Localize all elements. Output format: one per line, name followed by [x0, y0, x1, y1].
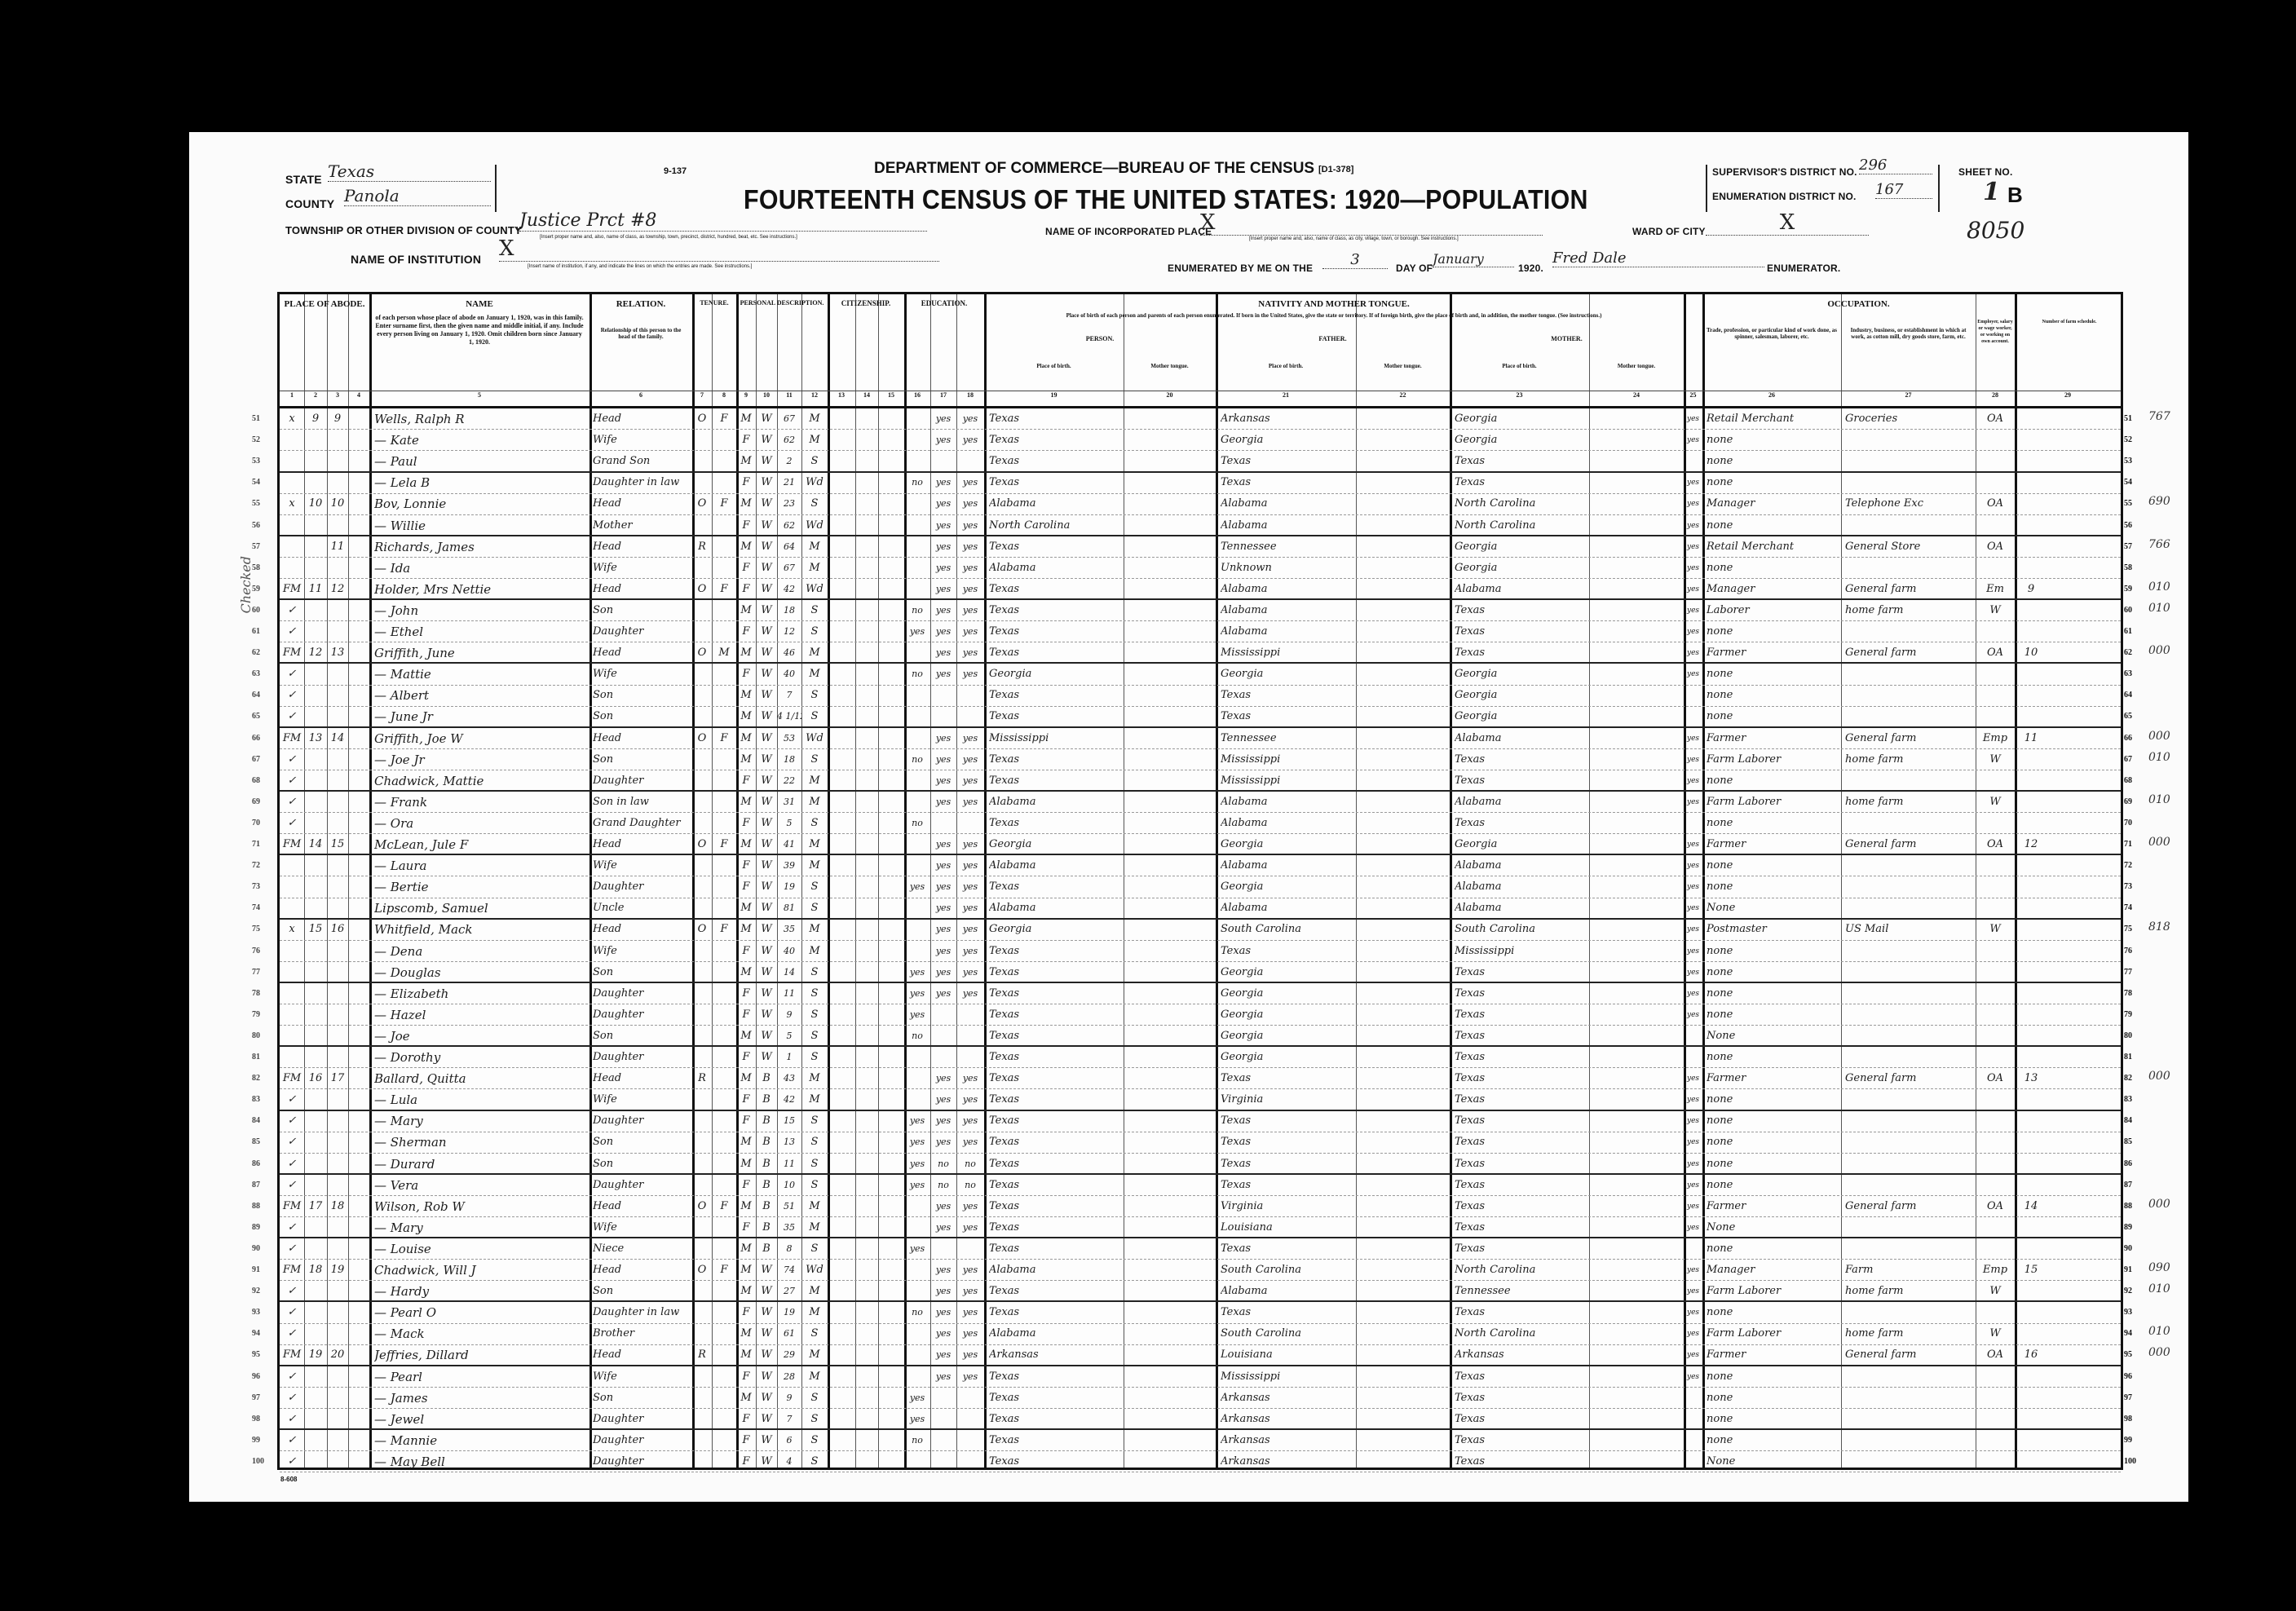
family-cell: [348, 1070, 369, 1088]
read-cell: yes: [930, 857, 956, 875]
dwelling-cell: 11: [327, 538, 348, 556]
col-num: 8: [712, 391, 736, 407]
industry-cell: [1845, 1048, 1974, 1066]
trade-cell: Manager: [1707, 495, 1839, 513]
class-cell: W: [1976, 751, 2015, 769]
col-num: 12: [801, 391, 828, 407]
age-cell: 8: [777, 1240, 801, 1258]
sex-cell: F: [736, 1112, 756, 1130]
read-cell: yes: [930, 431, 956, 449]
free-cell: [712, 1133, 736, 1151]
free-cell: [712, 751, 736, 769]
relation-cell: Head: [593, 495, 691, 513]
class-cell: W: [1976, 602, 2015, 620]
english-cell: yes: [1684, 559, 1702, 577]
name-cell: — Sherman: [374, 1133, 588, 1151]
age-cell: 35: [777, 1219, 801, 1237]
race-cell: W: [756, 878, 777, 896]
family-cell: [348, 899, 369, 917]
free-cell: [712, 814, 736, 832]
sex-cell: F: [736, 623, 756, 641]
class-cell: [1976, 878, 2015, 896]
family-cell: [348, 1410, 369, 1428]
trade-cell: None: [1707, 1027, 1839, 1045]
birthplace-cell: Georgia: [989, 665, 1122, 683]
race-cell: W: [756, 665, 777, 683]
marital-cell: M: [801, 538, 828, 556]
margin-code: 010: [2148, 793, 2170, 806]
owned-cell: [692, 686, 712, 704]
col-num: 27: [1841, 391, 1976, 407]
race-cell: W: [756, 1368, 777, 1386]
read-cell: yes: [930, 985, 956, 1003]
sex-cell: M: [736, 1282, 756, 1300]
col-num: 1: [280, 391, 304, 407]
owned-cell: [692, 1368, 712, 1386]
english-cell: yes: [1684, 920, 1702, 938]
free-cell: [712, 1325, 736, 1343]
age-cell: 39: [777, 857, 801, 875]
write-cell: yes: [956, 1070, 984, 1088]
street-cell: ✓: [280, 751, 304, 769]
relation-cell: Wife: [593, 1219, 691, 1237]
enumerated-label: ENUMERATED BY ME ON THE: [1168, 263, 1313, 274]
col-num: 21: [1216, 391, 1356, 407]
name-cell: — Douglas: [374, 964, 588, 982]
dwelling-cell: [327, 1368, 348, 1386]
race-cell: W: [756, 559, 777, 577]
line-number: 65: [2124, 712, 2132, 721]
mother-birthplace-cell: Texas: [1455, 1389, 1587, 1407]
line-number: 62: [2124, 648, 2132, 657]
dwelling-cell: 15: [327, 836, 348, 854]
dwelling-cell: [327, 452, 348, 470]
free-cell: [712, 623, 736, 641]
marital-cell: S: [801, 623, 828, 641]
english-cell: [1684, 1410, 1702, 1428]
free-cell: [712, 517, 736, 535]
read-cell: [930, 814, 956, 832]
age-cell: 11: [777, 1155, 801, 1173]
father-birthplace-cell: Louisiana: [1221, 1346, 1354, 1364]
line-number: 64: [2124, 691, 2132, 700]
write-cell: yes: [956, 1304, 984, 1322]
farm-cell: [2015, 474, 2047, 492]
birthplace-cell: Texas: [989, 686, 1122, 704]
institution-label: NAME OF INSTITUTION: [351, 253, 481, 266]
age-cell: 6: [777, 1432, 801, 1450]
family-cell: [348, 942, 369, 960]
relation-cell: Niece: [593, 1240, 691, 1258]
read-cell: yes: [930, 1133, 956, 1151]
mother-birthplace-cell: Mississippi: [1455, 942, 1587, 960]
sex-cell: M: [736, 1133, 756, 1151]
free-cell: [712, 602, 736, 620]
english-cell: yes: [1684, 431, 1702, 449]
school-cell: [904, 452, 930, 470]
mother-birthplace-cell: Texas: [1455, 1219, 1587, 1237]
father-birthplace-cell: Texas: [1221, 1240, 1354, 1258]
marital-cell: S: [801, 602, 828, 620]
house-cell: 16: [304, 1070, 327, 1088]
free-cell: [712, 559, 736, 577]
incorporated-hint: [Insert proper name and, also, name of c…: [1249, 236, 1459, 241]
name-cell: — Dena: [374, 942, 588, 960]
free-cell: [712, 431, 736, 449]
line-number-left: 96: [252, 1372, 260, 1381]
owned-cell: R: [692, 538, 712, 556]
class-cell: [1976, 899, 2015, 917]
farm-cell: [2015, 1219, 2047, 1237]
farm-cell: [2015, 431, 2047, 449]
street-cell: [280, 452, 304, 470]
line-number-left: 93: [252, 1308, 260, 1317]
house-cell: 18: [304, 1261, 327, 1279]
english-cell: [1684, 814, 1702, 832]
mother-birthplace-cell: Texas: [1455, 474, 1587, 492]
sex-cell: M: [736, 1070, 756, 1088]
race-cell: B: [756, 1133, 777, 1151]
line-number-left: 67: [252, 755, 260, 764]
owned-cell: O: [692, 730, 712, 748]
age-cell: 40: [777, 665, 801, 683]
dwelling-cell: [327, 1389, 348, 1407]
family-cell: [348, 559, 369, 577]
family-cell: [348, 452, 369, 470]
line-number: 89: [2124, 1223, 2132, 1232]
race-cell: B: [756, 1240, 777, 1258]
mother-birthplace-cell: Texas: [1455, 1091, 1587, 1109]
mother-birthplace-cell: Alabama: [1455, 580, 1587, 598]
line-number-left: 97: [252, 1393, 260, 1402]
race-cell: W: [756, 580, 777, 598]
class-cell: [1976, 942, 2015, 960]
birthplace-cell: Texas: [989, 985, 1122, 1003]
race-cell: W: [756, 538, 777, 556]
farm-cell: [2015, 517, 2047, 535]
mother-birthplace-cell: Alabama: [1455, 793, 1587, 811]
school-cell: yes: [904, 1176, 930, 1194]
read-cell: yes: [930, 1219, 956, 1237]
age-cell: 42: [777, 580, 801, 598]
age-cell: 67: [777, 410, 801, 428]
farm-cell: [2015, 708, 2047, 726]
write-cell: yes: [956, 751, 984, 769]
industry-cell: [1845, 708, 1974, 726]
family-cell: [348, 623, 369, 641]
mother-birthplace-cell: Texas: [1455, 1453, 1587, 1471]
line-number-left: 83: [252, 1095, 260, 1104]
father-birthplace-cell: Alabama: [1221, 580, 1354, 598]
write-cell: yes: [956, 1091, 984, 1109]
mother-birthplace-cell: Texas: [1455, 1432, 1587, 1450]
name-cell: — Hardy: [374, 1282, 588, 1300]
school-cell: yes: [904, 878, 930, 896]
marital-cell: M: [801, 1091, 828, 1109]
race-cell: B: [756, 1219, 777, 1237]
free-cell: [712, 665, 736, 683]
industry-cell: [1845, 665, 1974, 683]
name-cell: — May Bell: [374, 1453, 588, 1471]
english-cell: yes: [1684, 538, 1702, 556]
mother-birthplace-cell: North Carolina: [1455, 495, 1587, 513]
english-cell: yes: [1684, 623, 1702, 641]
sex-cell: F: [736, 431, 756, 449]
farm-cell: 14: [2015, 1198, 2047, 1216]
line-number: 91: [2124, 1265, 2132, 1274]
line-number: 87: [2124, 1181, 2132, 1189]
trade-cell: none: [1707, 708, 1839, 726]
relation-cell: Son: [593, 686, 691, 704]
street-cell: ✓: [280, 1389, 304, 1407]
table-row: — Kate Wife F W 62 M yes yes Texas Georg…: [280, 430, 2121, 451]
write-cell: [956, 1048, 984, 1066]
trade-cell: None: [1707, 1219, 1839, 1237]
street-cell: FM: [280, 580, 304, 598]
industry-cell: General Store: [1845, 538, 1974, 556]
english-cell: [1684, 452, 1702, 470]
free-cell: [712, 964, 736, 982]
industry-cell: [1845, 857, 1974, 875]
owned-cell: [692, 1282, 712, 1300]
farm-cell: [2015, 1325, 2047, 1343]
dwelling-cell: [327, 431, 348, 449]
industry-cell: [1845, 1176, 1974, 1194]
street-cell: [280, 1027, 304, 1045]
line-number-left: 89: [252, 1223, 260, 1232]
trade-cell: Farmer: [1707, 1346, 1839, 1364]
table-row: FM 17 18 Wilson, Rob W Head O F M B 51 M…: [280, 1196, 2121, 1217]
birthplace-cell: Texas: [989, 623, 1122, 641]
industry-cell: [1845, 1389, 1974, 1407]
col-num: 11: [777, 391, 801, 407]
school-cell: [904, 1048, 930, 1066]
free-cell: [712, 1389, 736, 1407]
enumerator-label: ENUMERATOR.: [1767, 263, 1840, 274]
header-nativity-note: Place of birth of each person and parent…: [997, 312, 1671, 319]
farm-cell: [2015, 1410, 2047, 1428]
class-cell: W: [1976, 920, 2015, 938]
owned-cell: [692, 857, 712, 875]
trade-cell: Manager: [1707, 580, 1839, 598]
mother-birthplace-cell: Texas: [1455, 602, 1587, 620]
industry-cell: Groceries: [1845, 410, 1974, 428]
english-cell: yes: [1684, 1198, 1702, 1216]
sex-cell: F: [736, 814, 756, 832]
read-cell: yes: [930, 495, 956, 513]
age-cell: 18: [777, 751, 801, 769]
relation-cell: Wife: [593, 857, 691, 875]
line-number-left: 92: [252, 1287, 260, 1295]
age-cell: 46: [777, 644, 801, 662]
name-cell: Griffith, Joe W: [374, 730, 588, 748]
english-cell: yes: [1684, 1304, 1702, 1322]
family-cell: [348, 920, 369, 938]
mother-birthplace-cell: Texas: [1455, 751, 1587, 769]
school-cell: yes: [904, 1155, 930, 1173]
industry-cell: General farm: [1845, 644, 1974, 662]
header-birth-person: Place of birth.: [984, 363, 1124, 369]
name-cell: — Mack: [374, 1325, 588, 1343]
mother-birthplace-cell: Texas: [1455, 1240, 1587, 1258]
line-number: 72: [2124, 861, 2132, 870]
race-cell: W: [756, 857, 777, 875]
trade-cell: none: [1707, 1048, 1839, 1066]
dwelling-cell: [327, 1048, 348, 1066]
street-cell: ✓: [280, 1368, 304, 1386]
marital-cell: M: [801, 1368, 828, 1386]
class-cell: [1976, 1112, 2015, 1130]
relation-cell: Daughter: [593, 1176, 691, 1194]
dwelling-cell: [327, 1432, 348, 1450]
write-cell: yes: [956, 1282, 984, 1300]
line-number-left: 68: [252, 776, 260, 785]
owned-cell: O: [692, 920, 712, 938]
race-cell: W: [756, 985, 777, 1003]
name-cell: Richards, James: [374, 538, 588, 556]
write-cell: yes: [956, 474, 984, 492]
english-cell: [1684, 708, 1702, 726]
age-cell: 15: [777, 1112, 801, 1130]
father-birthplace-cell: Alabama: [1221, 899, 1354, 917]
line-number: 86: [2124, 1159, 2132, 1168]
house-cell: [304, 1410, 327, 1428]
name-cell: — Laura: [374, 857, 588, 875]
house-cell: [304, 1389, 327, 1407]
table-row: FM 14 15 McLean, Jule F Head O F M W 41 …: [280, 834, 2121, 855]
school-cell: [904, 1282, 930, 1300]
industry-cell: [1845, 1091, 1974, 1109]
county-value: Panola: [344, 186, 491, 206]
trade-cell: none: [1707, 1304, 1839, 1322]
owned-cell: [692, 814, 712, 832]
line-number-left: 61: [252, 627, 260, 636]
dwelling-cell: 18: [327, 1198, 348, 1216]
english-cell: yes: [1684, 1261, 1702, 1279]
street-cell: ✓: [280, 708, 304, 726]
father-birthplace-cell: Mississippi: [1221, 644, 1354, 662]
house-cell: [304, 1112, 327, 1130]
birthplace-cell: Alabama: [989, 1261, 1122, 1279]
family-cell: [348, 1453, 369, 1471]
marital-cell: Wd: [801, 730, 828, 748]
farm-cell: [2015, 1240, 2047, 1258]
house-cell: 10: [304, 495, 327, 513]
trade-cell: none: [1707, 1091, 1839, 1109]
mother-birthplace-cell: Georgia: [1455, 686, 1587, 704]
school-cell: yes: [904, 1133, 930, 1151]
write-cell: yes: [956, 517, 984, 535]
line-number-left: 65: [252, 712, 260, 721]
english-cell: [1684, 1048, 1702, 1066]
owned-cell: [692, 1048, 712, 1066]
farm-cell: [2015, 964, 2047, 982]
birthplace-cell: Texas: [989, 1198, 1122, 1216]
english-cell: yes: [1684, 1325, 1702, 1343]
industry-cell: [1845, 814, 1974, 832]
name-cell: — June Jr: [374, 708, 588, 726]
industry-cell: General farm: [1845, 836, 1974, 854]
farm-cell: [2015, 1282, 2047, 1300]
age-cell: 14: [777, 964, 801, 982]
owned-cell: [692, 665, 712, 683]
relation-cell: Wife: [593, 431, 691, 449]
table-row: ✓ — Albert Son M W 7 S Texas Texas Georg…: [280, 685, 2121, 706]
col-num: 7: [692, 391, 712, 407]
birthplace-cell: Alabama: [989, 899, 1122, 917]
age-cell: 51: [777, 1198, 801, 1216]
read-cell: yes: [930, 1304, 956, 1322]
street-cell: [280, 474, 304, 492]
marital-cell: S: [801, 686, 828, 704]
street-cell: ✓: [280, 1410, 304, 1428]
read-cell: yes: [930, 772, 956, 790]
school-cell: [904, 538, 930, 556]
birthplace-cell: Texas: [989, 1048, 1122, 1066]
farm-cell: [2015, 793, 2047, 811]
english-cell: [1684, 1453, 1702, 1471]
farm-cell: [2015, 814, 2047, 832]
sex-cell: M: [736, 1240, 756, 1258]
family-cell: [348, 1048, 369, 1066]
relation-cell: Daughter: [593, 1410, 691, 1428]
relation-cell: Daughter: [593, 1006, 691, 1024]
street-cell: FM: [280, 1070, 304, 1088]
industry-cell: General farm: [1845, 1346, 1974, 1364]
birthplace-cell: Texas: [989, 964, 1122, 982]
line-number-left: 78: [252, 989, 260, 998]
family-cell: [348, 1176, 369, 1194]
school-cell: [904, 708, 930, 726]
industry-cell: General farm: [1845, 1198, 1974, 1216]
marital-cell: M: [801, 857, 828, 875]
farm-cell: [2015, 452, 2047, 470]
sex-cell: F: [736, 1368, 756, 1386]
house-cell: [304, 878, 327, 896]
dwelling-cell: 14: [327, 730, 348, 748]
table-row: — Joe Son M W 5 S no Texas Georgia Texas…: [280, 1026, 2121, 1047]
age-cell: 5: [777, 1027, 801, 1045]
trade-cell: Retail Merchant: [1707, 538, 1839, 556]
marital-cell: Wd: [801, 580, 828, 598]
father-birthplace-cell: Texas: [1221, 1112, 1354, 1130]
english-cell: yes: [1684, 878, 1702, 896]
township-label: TOWNSHIP OR OTHER DIVISION OF COUNTY: [285, 224, 522, 236]
owned-cell: [692, 1027, 712, 1045]
table-row: ✓ — Mary Wife F B 35 M yes yes Texas Lou…: [280, 1217, 2121, 1238]
birthplace-cell: Texas: [989, 1453, 1122, 1471]
mother-birthplace-cell: Texas: [1455, 1410, 1587, 1428]
table-row: x 9 9 Wells, Ralph R Head O F M W 67 M y…: [280, 408, 2121, 430]
school-cell: no: [904, 1432, 930, 1450]
line-number: 53: [2124, 457, 2132, 466]
house-cell: [304, 1027, 327, 1045]
owned-cell: [692, 1006, 712, 1024]
english-cell: yes: [1684, 964, 1702, 982]
english-cell: yes: [1684, 1346, 1702, 1364]
read-cell: [930, 1048, 956, 1066]
table-row: — Bertie Daughter F W 19 S yes yes yes T…: [280, 876, 2121, 898]
line-number-left: 72: [252, 861, 260, 870]
write-cell: yes: [956, 1368, 984, 1386]
father-birthplace-cell: Texas: [1221, 474, 1354, 492]
sheet-side: B: [2007, 183, 2023, 208]
write-cell: yes: [956, 410, 984, 428]
english-cell: yes: [1684, 1070, 1702, 1088]
line-number: 84: [2124, 1116, 2132, 1125]
owned-cell: [692, 1325, 712, 1343]
farm-cell: [2015, 665, 2047, 683]
